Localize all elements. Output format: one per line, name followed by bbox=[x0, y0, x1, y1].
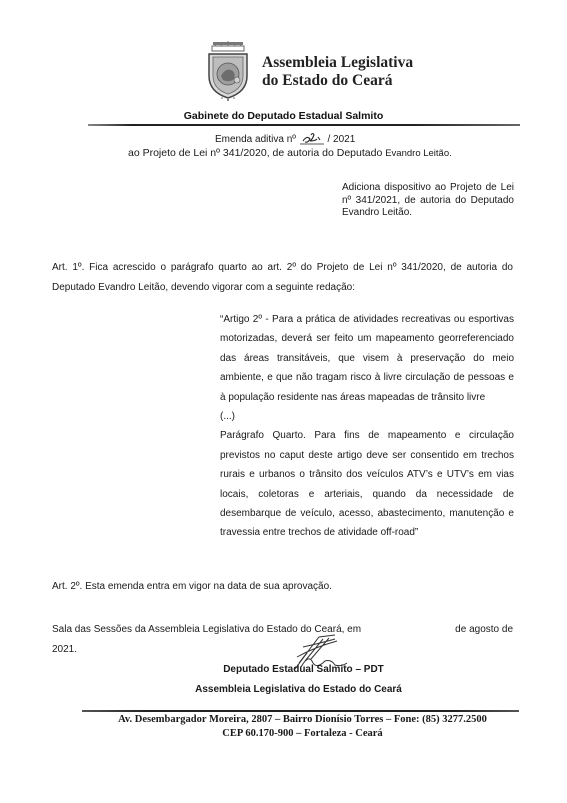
footer-divider bbox=[82, 710, 519, 712]
signatory-name: Deputado Estadual Salmito – PDT bbox=[0, 664, 567, 675]
article-1: Art. 1º. Fica acrescido o parágrafo quar… bbox=[52, 258, 513, 298]
org-line-2: do Estado do Ceará bbox=[262, 72, 413, 90]
handwritten-number-icon bbox=[299, 131, 325, 145]
header-divider bbox=[88, 124, 520, 126]
office-title: Gabinete do Deputado Estadual Salmito bbox=[0, 110, 567, 122]
amendment-prefix: Emenda aditiva nº bbox=[215, 134, 296, 145]
coat-of-arms-icon bbox=[203, 40, 253, 102]
amendment-year: / 2021 bbox=[328, 134, 356, 145]
summary-ementa: Adiciona dispositivo ao Projeto de Lei n… bbox=[342, 182, 514, 220]
quote-ellipsis: (...) bbox=[220, 407, 514, 426]
session-date-line: Sala das Sessões da Assembleia Legislati… bbox=[52, 620, 513, 660]
article-2: Art. 2º. Esta emenda entra em vigor na d… bbox=[52, 581, 332, 592]
bill-reference: ao Projeto de Lei nº 341/2020, de autori… bbox=[128, 147, 452, 159]
amendment-number-line: Emenda aditiva nº / 2021 bbox=[215, 131, 355, 145]
footer-postal-code: CEP 60.170-900 – Fortaleza - Ceará bbox=[0, 728, 567, 739]
quote-paragraph-2: Parágrafo Quarto. Para fins de mapeament… bbox=[220, 426, 514, 542]
organization-name: Assembleia Legislativa do Estado do Cear… bbox=[262, 54, 413, 90]
bill-author: Evandro Leitão. bbox=[385, 148, 452, 159]
session-year: 2021. bbox=[52, 640, 513, 660]
session-month: de agosto de bbox=[455, 620, 513, 640]
signatory-organization: Assembleia Legislativa do Estado do Cear… bbox=[0, 684, 567, 695]
org-line-1: Assembleia Legislativa bbox=[262, 54, 413, 72]
bill-reference-main: ao Projeto de Lei nº 341/2020, de autori… bbox=[128, 147, 382, 159]
footer-address: Av. Desembargador Moreira, 2807 – Bairro… bbox=[0, 714, 567, 725]
quote-paragraph-1: “Artigo 2º - Para a prática de atividade… bbox=[220, 310, 514, 407]
quoted-article-text: “Artigo 2º - Para a prática de atividade… bbox=[220, 310, 514, 543]
